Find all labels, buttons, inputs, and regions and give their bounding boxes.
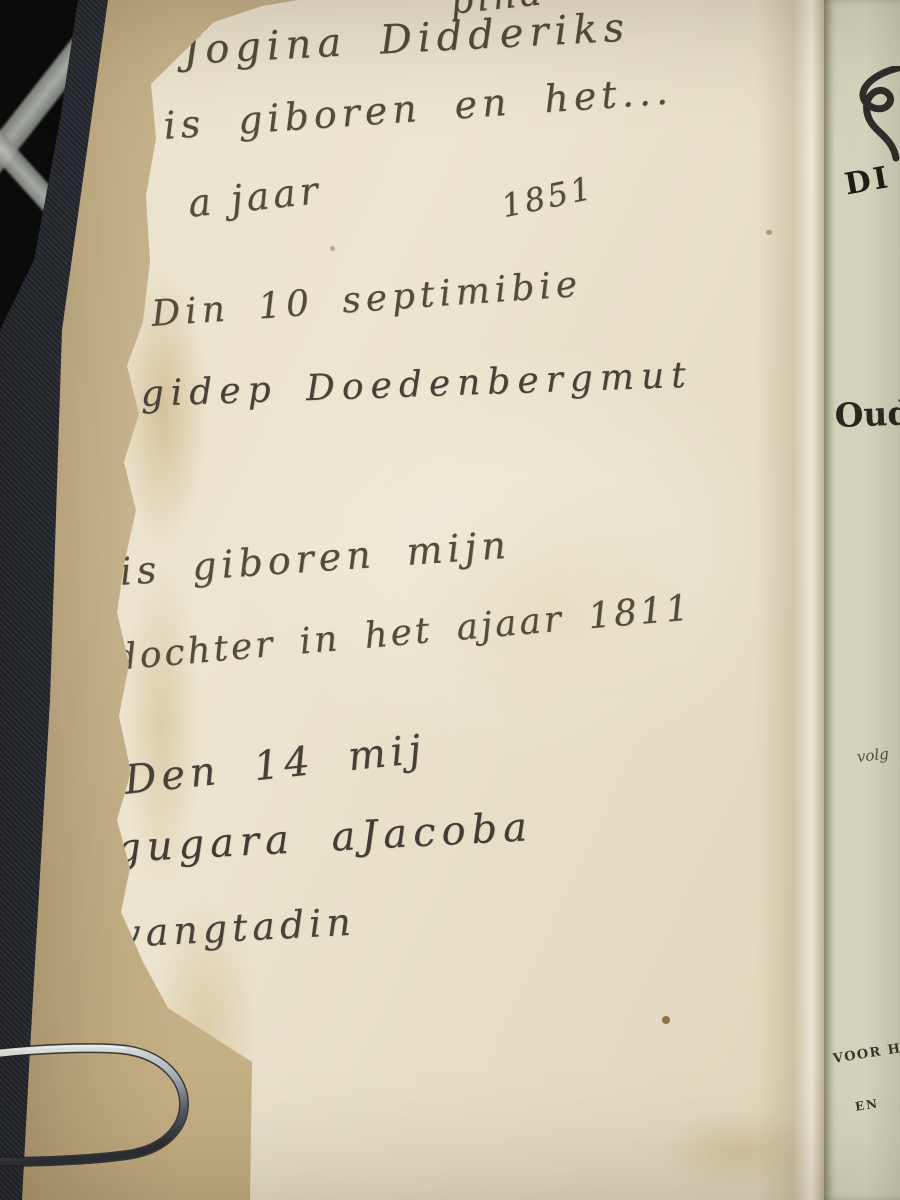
handwriting-line: Din 10 septimibie xyxy=(150,264,583,335)
handwriting-line: gugara aJacoba xyxy=(114,804,534,872)
handwriting-line: is giboren mijn xyxy=(118,523,512,594)
handwriting-line: is giboren en het... xyxy=(162,68,674,147)
photograph: pina Jogina Didderiks is giboren en het.… xyxy=(0,0,900,1200)
printed-page-edge: DI Oude volg VOOR HE EN xyxy=(824,0,900,1200)
printed-fragment: volg xyxy=(856,745,890,766)
ornament-swash-glyph xyxy=(844,66,900,170)
paper-speck xyxy=(330,246,335,251)
handwriting-line: gidep Doedenbergmut xyxy=(140,355,693,415)
handwriting-line: Jogina Didderiks xyxy=(182,5,631,74)
handwriting-line: Den 14 mij xyxy=(122,726,428,803)
printed-fragment: EN xyxy=(854,1096,880,1114)
handwriting-line: dochter in het ajaar 1811 xyxy=(112,587,693,678)
page-fold-shadow xyxy=(756,0,824,1200)
handwriting-line: a jaar xyxy=(186,168,324,226)
printed-fragment-blackletter: Oude xyxy=(834,393,900,435)
handwriting-line: vangtadin xyxy=(118,900,357,956)
paper-speck xyxy=(662,1016,670,1024)
paperclip xyxy=(0,1032,202,1182)
handwriting-year: 1851 xyxy=(498,169,597,226)
printed-fragment: DI xyxy=(842,160,893,202)
printed-fragment: VOOR HE xyxy=(832,1039,900,1066)
